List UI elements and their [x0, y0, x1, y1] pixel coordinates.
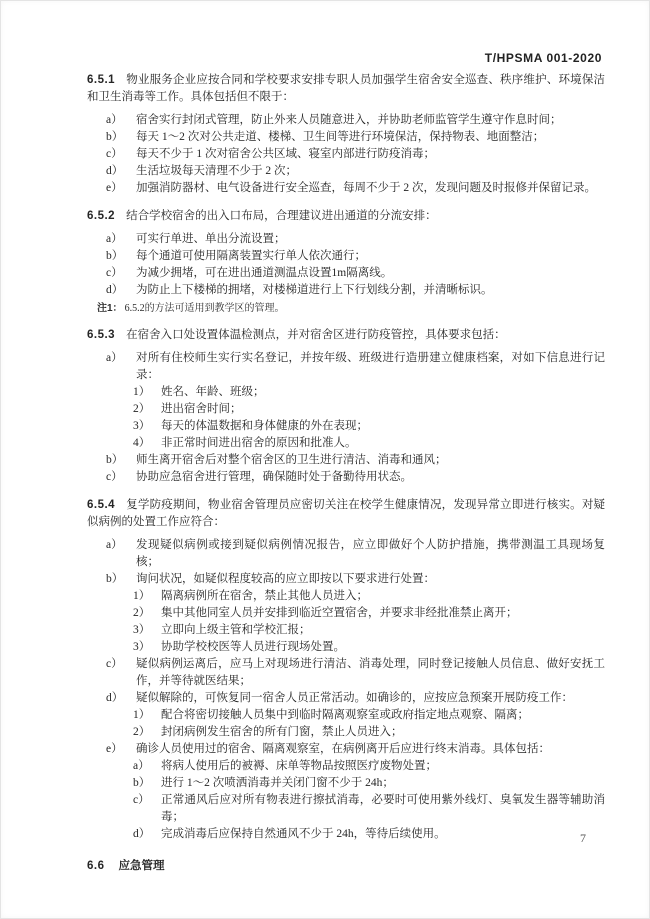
item-text: 发现疑似病例或接到疑似病例情况报告，应立即做好个人防护措施，携带测温工具现场复核… [136, 539, 605, 568]
doc-code-header: T/HPSMA 001-2020 [485, 51, 602, 65]
item-list: a）发现疑似病例或接到疑似病例情况报告，应立即做好个人防护措施，携带测温工具现场… [87, 537, 605, 843]
section-number: 6.6 [87, 860, 105, 872]
section-6.5.4: 6.5.4复学防疫期间，物业宿舍管理员应密切关注在校学生健康情况，发现异常立即进… [87, 497, 605, 843]
list-item: d）疑似解除的，可恢复同一宿舍人员正常活动。如确诊的，应按应急预案开展防疫工作： [87, 690, 605, 707]
list-item: c）协助应急宿舍进行管理，确保随时处于备勤待用状态。 [87, 469, 605, 486]
sublist-item: 1）配合将密切接触人员集中到临时隔离观察室或政府指定地点观察、隔离； [87, 707, 605, 724]
item-text: 对所有住校师生实行实名登记，并按年级、班级进行造册建立健康档案，对如下信息进行记… [136, 352, 605, 381]
section-number: 6.5.4 [87, 499, 115, 511]
subitem-label: 2） [133, 724, 150, 741]
item-text: 为防止上下楼梯的拥堵，对楼梯道进行上下行划线分割，并清晰标识。 [136, 284, 493, 296]
section-number: 6.5.1 [87, 74, 115, 86]
sublist-item: 2）封闭病例发生宿舍的所有门窗，禁止人员进入； [87, 724, 605, 741]
item-label: b） [106, 129, 123, 146]
subitem-text: 配合将密切接触人员集中到临时隔离观察室或政府指定地点观察、隔离； [161, 709, 529, 721]
section-title: 6.5.1物业服务企业应按合同和学校要求安排专职人员加强学生宿舍安全巡查、秩序维… [87, 72, 605, 106]
subitem-label: 4） [133, 435, 150, 452]
sublist-item: 3）协助学校校医等人员进行现场处置。 [87, 639, 605, 656]
section-title: 6.5.2结合学校宿舍的出入口布局，合理建议进出通道的分流安排： [87, 208, 605, 225]
subitem-text: 封闭病例发生宿舍的所有门窗，禁止人员进入； [161, 726, 403, 738]
list-item: a）对所有住校师生实行实名登记，并按年级、班级进行造册建立健康档案，对如下信息进… [87, 350, 605, 384]
item-label: d） [106, 163, 123, 180]
sublist-item: 4）非正常时间进出宿舍的原因和批准人。 [87, 435, 605, 452]
list-item: b）询问状况，如疑似程度较高的应立即按以下要求进行处置： [87, 571, 605, 588]
item-text: 可实行单进、单出分流设置； [136, 233, 286, 245]
list-item: c）每天不少于 1 次对宿舍公共区域、寝室内部进行防疫消毒； [87, 146, 605, 163]
section-6.5.1: 6.5.1物业服务企业应按合同和学校要求安排专职人员加强学生宿舍安全巡查、秩序维… [87, 72, 605, 197]
subitem-label: 3） [133, 622, 150, 639]
list-item: b）每个通道可使用隔离装置实行单人依次通行； [87, 248, 605, 265]
subitem-label: 3） [133, 418, 150, 435]
document-body: 6.5.1物业服务企业应按合同和学校要求安排专职人员加强学生宿舍安全巡查、秩序维… [87, 72, 605, 875]
section-text: 结合学校宿舍的出入口布局，合理建议进出通道的分流安排： [126, 210, 437, 222]
item-text: 询问状况，如疑似程度较高的应立即按以下要求进行处置： [136, 573, 435, 585]
section-6.5.2: 6.5.2结合学校宿舍的出入口布局，合理建议进出通道的分流安排：a）可实行单进、… [87, 208, 605, 316]
subitem-text: 非正常时间进出宿舍的原因和批准人。 [161, 437, 357, 449]
subitem-text: 集中其他同室人员并安排到临近空置宿舍，并要求非经批准禁止离开； [161, 607, 518, 619]
sublist-item: a）将病人使用后的被褥、床单等物品按照医疗废物处置； [87, 758, 605, 775]
item-list: a）可实行单进、单出分流设置；b）每个通道可使用隔离装置实行单人依次通行；c）为… [87, 231, 605, 299]
item-label: b） [106, 248, 123, 265]
item-text: 加强消防器材、电气设备进行安全巡查，每周不少于 2 次，发现问题及时报修并保留记… [136, 182, 596, 194]
item-label: c） [106, 146, 123, 163]
sublist-item: 2）进出宿舍时间； [87, 401, 605, 418]
sublist-item: 1）姓名、年龄、班级； [87, 384, 605, 401]
sublist-item: d）完成消毒后应保持自然通风不少于 24h，等待后续使用。 [87, 826, 605, 843]
item-label: c） [106, 265, 123, 282]
item-list: a）宿舍实行封闭式管理，防止外来人员随意进入，并协助老师监管学生遵守作息时间；b… [87, 112, 605, 197]
item-text: 疑似病例运离后，应马上对现场进行清洁、消毒处理，同时登记接触人员信息、做好安抚工… [136, 658, 605, 687]
section-title: 6.6应急管理 [87, 858, 605, 875]
subitem-text: 进出宿舍时间； [161, 403, 242, 415]
item-list: a）对所有住校师生实行实名登记，并按年级、班级进行造册建立健康档案，对如下信息进… [87, 350, 605, 486]
subitem-text: 将病人使用后的被褥、床单等物品按照医疗废物处置； [161, 760, 437, 772]
item-label: b） [106, 452, 123, 469]
sublist-item: 2）集中其他同室人员并安排到临近空置宿舍，并要求非经批准禁止离开； [87, 605, 605, 622]
item-text: 每天 1～2 次对公共走道、楼梯、卫生间等进行环境保洁，保持物表、地面整洁； [136, 131, 544, 143]
list-item: e）确诊人员使用过的宿舍、隔离观察室，在病例离开后应进行终末消毒。具体包括： [87, 741, 605, 758]
item-text: 生活垃圾每天清理不少于 2 次； [136, 165, 297, 177]
item-label: c） [106, 469, 123, 486]
subitem-label: 1） [133, 384, 150, 401]
item-text: 为减少拥堵，可在进出通道测温点设置1m隔离线。 [136, 267, 392, 279]
item-label: b） [106, 571, 123, 588]
item-label: a） [106, 112, 123, 129]
list-item: d）为防止上下楼梯的拥堵，对楼梯道进行上下行划线分割，并清晰标识。 [87, 282, 605, 299]
item-text: 确诊人员使用过的宿舍、隔离观察室，在病例离开后应进行终末消毒。具体包括： [136, 743, 550, 755]
list-item: c）疑似病例运离后，应马上对现场进行清洁、消毒处理，同时登记接触人员信息、做好安… [87, 656, 605, 690]
item-label: d） [106, 690, 123, 707]
document-page: T/HPSMA 001-2020 6.5.1物业服务企业应按合同和学校要求安排专… [0, 0, 650, 919]
item-label: d） [106, 282, 123, 299]
list-item: d）生活垃圾每天清理不少于 2 次； [87, 163, 605, 180]
sublist-item: b）进行 1～2 次喷洒消毒并关闭门窗不少于 24h； [87, 775, 605, 792]
sublist-item: 3）立即向上级主管和学校汇报； [87, 622, 605, 639]
subitem-text: 隔离病例所在宿舍，禁止其他人员进入； [161, 590, 368, 602]
list-item: e）加强消防器材、电气设备进行安全巡查，每周不少于 2 次，发现问题及时报修并保… [87, 180, 605, 197]
sublist-item: 1）隔离病例所在宿舍，禁止其他人员进入； [87, 588, 605, 605]
subitem-text: 完成消毒后应保持自然通风不少于 24h，等待后续使用。 [161, 828, 446, 840]
section-6.6: 6.6应急管理 [87, 858, 605, 875]
section-text: 物业服务企业应按合同和学校要求安排专职人员加强学生宿舍安全巡查、秩序维护、环境保… [87, 74, 605, 103]
section-text: 在宿舍入口处设置体温检测点，并对宿舍区进行防疫管控，具体要求包括： [126, 329, 506, 341]
section-note: 注1：6.5.2的方法可适用到教学区的管理。 [97, 302, 605, 316]
section-text: 复学防疫期间，物业宿舍管理员应密切关注在校学生健康情况，发现异常立即进行核实。对… [87, 499, 605, 528]
item-label: a） [106, 537, 123, 554]
list-item: c）为减少拥堵，可在进出通道测温点设置1m隔离线。 [87, 265, 605, 282]
item-text: 疑似解除的，可恢复同一宿舍人员正常活动。如确诊的，应按应急预案开展防疫工作： [136, 692, 573, 704]
list-item: a）发现疑似病例或接到疑似病例情况报告，应立即做好个人防护措施，携带测温工具现场… [87, 537, 605, 571]
subitem-text: 正常通风后应对所有物表进行擦拭消毒，必要时可使用紫外线灯、臭氧发生器等辅助消毒； [161, 794, 605, 823]
subitem-label: 2） [133, 605, 150, 622]
subitem-text: 立即向上级主管和学校汇报； [161, 624, 311, 636]
section-number: 6.5.2 [87, 210, 115, 222]
subitem-text: 每天的体温数据和身体健康的外在表现； [161, 420, 368, 432]
list-item: b）每天 1～2 次对公共走道、楼梯、卫生间等进行环境保洁，保持物表、地面整洁； [87, 129, 605, 146]
item-label: a） [106, 350, 123, 367]
list-item: b）师生离开宿舍后对整个宿舍区的卫生进行清洁、消毒和通风； [87, 452, 605, 469]
section-number: 6.5.3 [87, 329, 115, 341]
list-item: a）可实行单进、单出分流设置； [87, 231, 605, 248]
item-text: 每天不少于 1 次对宿舍公共区域、寝室内部进行防疫消毒； [136, 148, 435, 160]
list-item: a）宿舍实行封闭式管理，防止外来人员随意进入，并协助老师监管学生遵守作息时间； [87, 112, 605, 129]
section-6.5.3: 6.5.3在宿舍入口处设置体温检测点，并对宿舍区进行防疫管控，具体要求包括：a）… [87, 327, 605, 486]
item-label: a） [106, 231, 123, 248]
item-text: 宿舍实行封闭式管理，防止外来人员随意进入，并协助老师监管学生遵守作息时间； [136, 114, 562, 126]
subitem-text: 协助学校校医等人员进行现场处置。 [161, 641, 345, 653]
item-label: e） [106, 180, 123, 197]
note-text: 6.5.2的方法可适用到教学区的管理。 [125, 303, 285, 314]
subitem-label: d） [133, 826, 150, 843]
item-label: c） [106, 656, 123, 673]
subitem-text: 进行 1～2 次喷洒消毒并关闭门窗不少于 24h； [161, 777, 394, 789]
subitem-label: a） [133, 758, 150, 775]
item-label: e） [106, 741, 123, 758]
subitem-label: 3） [133, 639, 150, 656]
note-prefix: 注1： [97, 303, 123, 314]
section-title: 6.5.4复学防疫期间，物业宿舍管理员应密切关注在校学生健康情况，发现异常立即进… [87, 497, 605, 531]
sublist-item: c）正常通风后应对所有物表进行擦拭消毒，必要时可使用紫外线灯、臭氧发生器等辅助消… [87, 792, 605, 826]
subitem-label: b） [133, 775, 150, 792]
subitem-label: 2） [133, 401, 150, 418]
item-text: 每个通道可使用隔离装置实行单人依次通行； [136, 250, 366, 262]
page-number: 7 [580, 831, 586, 846]
subitem-label: c） [133, 792, 150, 809]
item-text: 师生离开宿舍后对整个宿舍区的卫生进行清洁、消毒和通风； [136, 454, 447, 466]
subitem-label: 1） [133, 707, 150, 724]
subitem-label: 1） [133, 588, 150, 605]
section-title: 6.5.3在宿舍入口处设置体温检测点，并对宿舍区进行防疫管控，具体要求包括： [87, 327, 605, 344]
item-text: 协助应急宿舍进行管理，确保随时处于备勤待用状态。 [136, 471, 412, 483]
section-text: 应急管理 [119, 860, 165, 872]
sublist-item: 3）每天的体温数据和身体健康的外在表现； [87, 418, 605, 435]
subitem-text: 姓名、年龄、班级； [161, 386, 265, 398]
